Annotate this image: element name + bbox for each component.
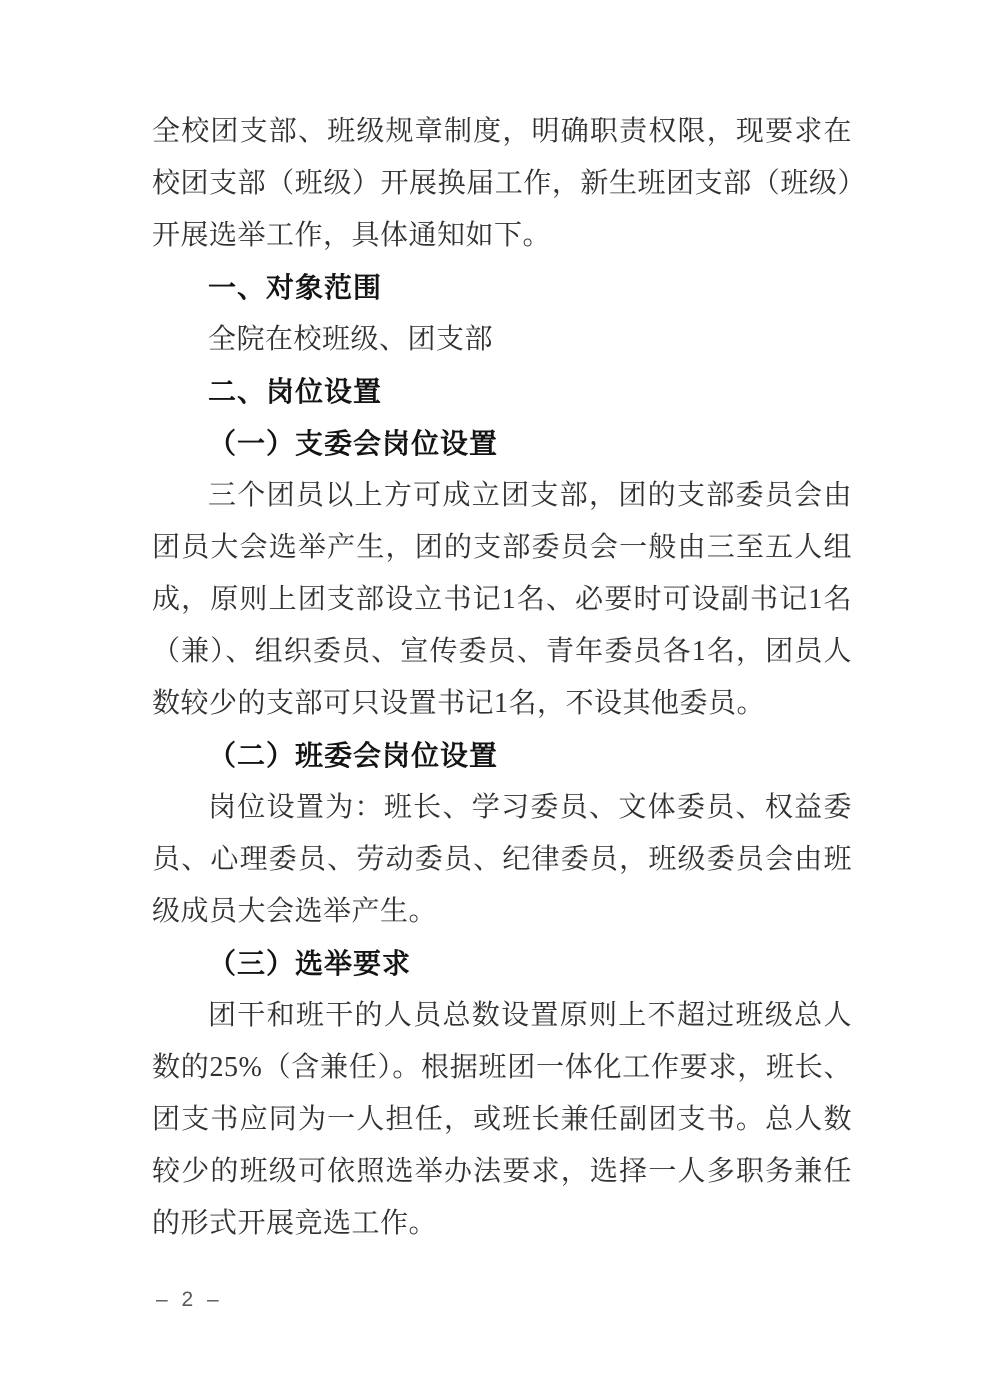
section-heading-scope: 一、对象范围 (152, 262, 852, 314)
document-page: 全校团支部、班级规章制度，明确职责权限，现要求在校团支部（班级）开展换届工作，新… (0, 0, 1000, 1392)
subsection-heading-election-requirements: （三）选举要求 (152, 938, 852, 990)
document-body: 全校团支部、班级规章制度，明确职责权限，现要求在校团支部（班级）开展换届工作，新… (152, 106, 852, 1250)
continuation-paragraph: 全校团支部、班级规章制度，明确职责权限，现要求在校团支部（班级）开展换届工作，新… (152, 106, 852, 262)
subsection-heading-branch-committee: （一）支委会岗位设置 (152, 418, 852, 470)
paragraph-branch-committee: 三个团员以上方可成立团支部，团的支部委员会由团员大会选举产生，团的支部委员会一般… (152, 470, 852, 730)
paragraph-election-requirements: 团干和班干的人员总数设置原则上不超过班级总人数的25%（含兼任）。根据班团一体化… (152, 990, 852, 1250)
paragraph-class-committee: 岗位设置为：班长、学习委员、文体委员、权益委员、心理委员、劳动委员、纪律委员，班… (152, 782, 852, 938)
paragraph-scope: 全院在校班级、团支部 (152, 314, 852, 366)
subsection-heading-class-committee: （二）班委会岗位设置 (152, 730, 852, 782)
page-number: – 2 – (156, 1288, 223, 1312)
section-heading-positions: 二、岗位设置 (152, 366, 852, 418)
